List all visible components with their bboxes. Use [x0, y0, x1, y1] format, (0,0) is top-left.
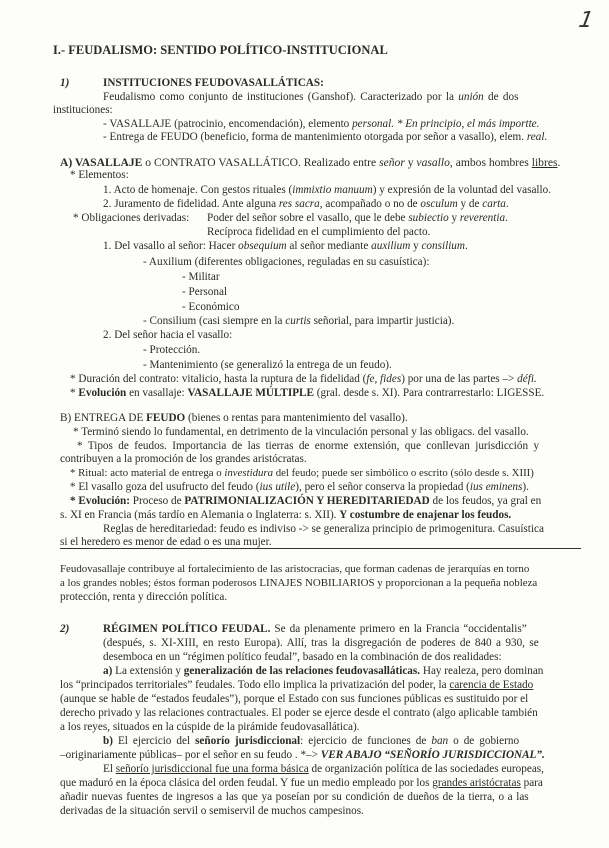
section-1-number: 1) [60, 77, 69, 90]
document-page: 1 I.- FEUDALISMO: SENTIDO POLÍTICO-INSTI… [0, 0, 609, 848]
proteccion-item: - Protección. [143, 344, 200, 357]
obligacion-1: Poder del señor sobre el vasallo, que le… [207, 212, 508, 225]
section-2-a-line-4: derecho privado y las relaciones contrac… [60, 707, 538, 720]
del-vasallo-al-senor: 1. Del vasallo al señor: Hacer obsequium… [103, 240, 468, 253]
page-number: 1 [577, 8, 595, 33]
mantenimiento-item: - Mantenimiento (se generalizó la entreg… [143, 359, 392, 372]
del-senor-al-vasallo: 2. Del señor hacia el vasallo: [103, 329, 232, 342]
elemento-2: 2. Juramento de fidelidad. Ante alguna r… [103, 198, 509, 211]
section-2-line-2: (después, s. XI-XIII, en resto Europa). … [103, 637, 539, 650]
elementos-label: * Elementos: [70, 169, 129, 182]
section-2-b-line-2: –originariamente públicas– por el señor … [60, 749, 545, 762]
auxilium-economico: - Económico [182, 301, 239, 314]
section-divider [60, 548, 581, 549]
obligaciones-label: * Obligaciones derivadas: [73, 212, 189, 225]
section-2-a-line-3: (aunque se hable de “estados feudales”),… [60, 693, 528, 706]
feudo-line-6: * Evolución: Proceso de PATRIMONIALIZACI… [70, 495, 541, 508]
evolucion-vasallaje: * Evolución en vasallaje: VASALLAJE MÚLT… [70, 387, 544, 400]
section-2-line-3: desemboca en un “régimen político feudal… [103, 651, 502, 664]
feudo-line-5: * El vasallo goza del usufructo del feud… [70, 481, 529, 494]
summary-line-3: protección, renta y dirección política. [60, 591, 227, 604]
obligacion-2: Recíproca fidelidad en el cumplimiento d… [207, 226, 430, 239]
section-2-b-line-1: b) El ejercicio del señorío jurisdiccion… [103, 735, 519, 748]
consilium-item: - Consilium (casi siempre en la curtis s… [143, 315, 454, 328]
elemento-1: 1. Acto de homenaje. Con gestos rituales… [103, 184, 551, 197]
section-2-a-line-5: a los reyes, situados en la cúspide de l… [60, 721, 359, 734]
section-2-a-line-1: a) La extensión y generalización de las … [103, 665, 543, 678]
section-1-intro-cont: instituciones: [53, 104, 113, 117]
section-2-line-1: RÉGIMEN POLÍTICO FEUDAL. Se da plenament… [103, 623, 527, 636]
section-2-c-line-1: El señorío jurisdiccional fue una forma … [103, 763, 544, 776]
section-a-heading: A) VASALLAJE o CONTRATO VASALLÁTICO. Rea… [60, 156, 560, 169]
section-2-a-line-2: los “principados territoriales” feudales… [60, 679, 533, 692]
feudo-line-7: s. XI en Francia (más tardío en Alemania… [60, 509, 511, 522]
summary-line-1: Feudovasallaje contribuye al fortalecimi… [60, 563, 529, 576]
auxilium-item: - Auxilium (diferentes obligaciones, reg… [143, 256, 429, 269]
page-title: I.- FEUDALISMO: SENTIDO POLÍTICO-INSTITU… [53, 44, 388, 57]
duracion-contrato: * Duración del contrato: vitalicio, hast… [70, 373, 537, 386]
auxilium-militar: - Militar [182, 271, 220, 284]
section-2-number: 2) [60, 623, 69, 636]
section-1-heading: INSTITUCIONES FEUDOVASALLÁTICAS: [103, 77, 324, 90]
feudo-line-4: * Ritual: acto material de entrega o inv… [70, 467, 534, 480]
section-1-intro: Feudalismo como conjunto de institucione… [103, 91, 518, 104]
feudo-line-2: * Tipos de feudos. Importancia de las ti… [77, 440, 539, 453]
section-2-c-line-4: derivadas de la situación servil o semis… [60, 805, 364, 818]
section-b-heading: B) ENTREGA DE FEUDO (bienes o rentas par… [60, 412, 408, 425]
feudo-line-1: * Terminó siendo lo fundamental, en detr… [73, 426, 529, 439]
auxilium-personal: - Personal [182, 286, 227, 299]
section-1-item-vasallaje: - VASALLAJE (patrocinio, encomendación),… [103, 118, 539, 131]
summary-line-2: a los grandes nobles; éstos forman poder… [60, 577, 537, 590]
section-1-item-feudo: - Entrega de FEUDO (beneficio, forma de … [103, 131, 547, 144]
feudo-line-3: contribuyen a la promoción de los grande… [60, 453, 307, 466]
section-2-c-line-3: añadir nuevas fuentes de ingresos a las … [60, 791, 529, 804]
feudo-line-8: Reglas de hereditariedad: feudo es indiv… [103, 523, 544, 536]
section-2-c-line-2: que maduró en la época clásica del orden… [60, 777, 543, 790]
